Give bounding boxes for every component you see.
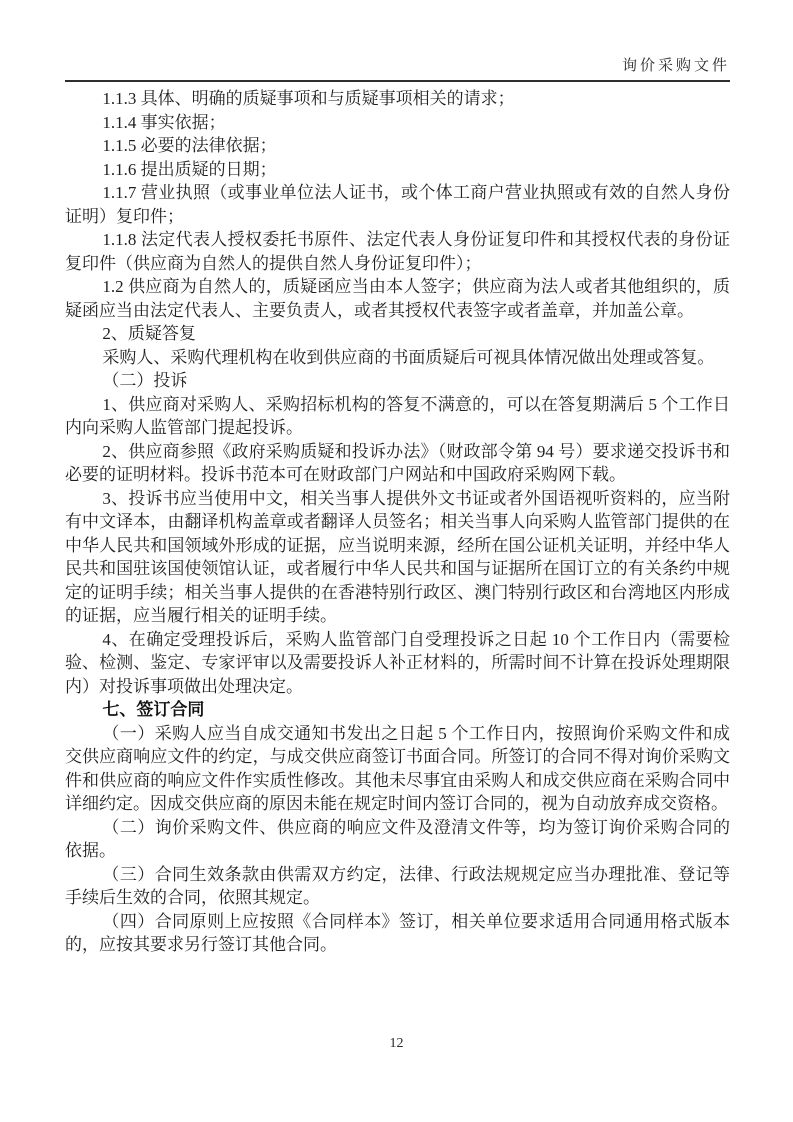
document-page: 询价采购文件 1.1.3 具体、明确的质疑事项和与质疑事项相关的请求； 1.1.…: [0, 0, 793, 1122]
contract-item-1: （一）采购人应当自成交通知书发出之日起 5 个工作日内，按照询价采购文件和成交供…: [65, 722, 730, 816]
clause-1-1-4: 1.1.4 事实依据；: [65, 111, 730, 135]
clause-1-2: 1.2 供应商为自然人的，质疑函应当由本人签字；供应商为法人或者其他组织的，质疑…: [65, 275, 730, 322]
page-header: 询价采购文件: [65, 54, 730, 82]
clause-1-1-5: 1.1.5 必要的法律依据；: [65, 134, 730, 158]
complaint-item-2: 2、供应商参照《政府采购质疑和投诉办法》（财政部令第 94 号）要求递交投诉书和…: [65, 440, 730, 487]
document-body: 1.1.3 具体、明确的质疑事项和与质疑事项相关的请求； 1.1.4 事实依据；…: [65, 87, 730, 957]
clause-1-1-6: 1.1.6 提出质疑的日期；: [65, 158, 730, 182]
complaint-item-1: 1、供应商对采购人、采购招标机构的答复不满意的，可以在答复期满后 5 个工作日内…: [65, 393, 730, 440]
contract-item-4: （四）合同原则上应按照《合同样本》签订，相关单位要求适用合同通用格式版本的，应按…: [65, 910, 730, 957]
section-7-heading: 七、签订合同: [65, 698, 730, 722]
page-footer: 12: [0, 1036, 793, 1052]
contract-item-3: （三）合同生效条款由供需双方约定，法律、行政法规规定应当办理批准、登记等手续后生…: [65, 863, 730, 910]
complaint-item-3: 3、投诉书应当使用中文，相关当事人提供外文书证或者外国语视听资料的，应当附有中文…: [65, 487, 730, 628]
page-number: 12: [390, 1036, 404, 1051]
contract-item-2: （二）询价采购文件、供应商的响应文件及澄清文件等，均为签订询价采购合同的依据。: [65, 816, 730, 863]
header-document-title: 询价采购文件: [65, 54, 730, 80]
clause-1-1-8: 1.1.8 法定代表人授权委托书原件、法定代表人身份证复印件和其授权代表的身份证…: [65, 228, 730, 275]
complaint-item-4: 4、在确定受理投诉后，采购人监管部门自受理投诉之日起 10 个工作日内（需要检验…: [65, 628, 730, 699]
clause-1-1-3: 1.1.3 具体、明确的质疑事项和与质疑事项相关的请求；: [65, 87, 730, 111]
item-2-reply-title: 2、质疑答复: [65, 322, 730, 346]
header-rule-divider: [65, 80, 730, 82]
item-2-reply-body: 采购人、采购代理机构在收到供应商的书面质疑后可视具体情况做出处理或答复。: [65, 346, 730, 370]
subsection-2-complaint-title: （二）投诉: [65, 369, 730, 393]
clause-1-1-7: 1.1.7 营业执照（或事业单位法人证书，或个体工商户营业执照或有效的自然人身份…: [65, 181, 730, 228]
